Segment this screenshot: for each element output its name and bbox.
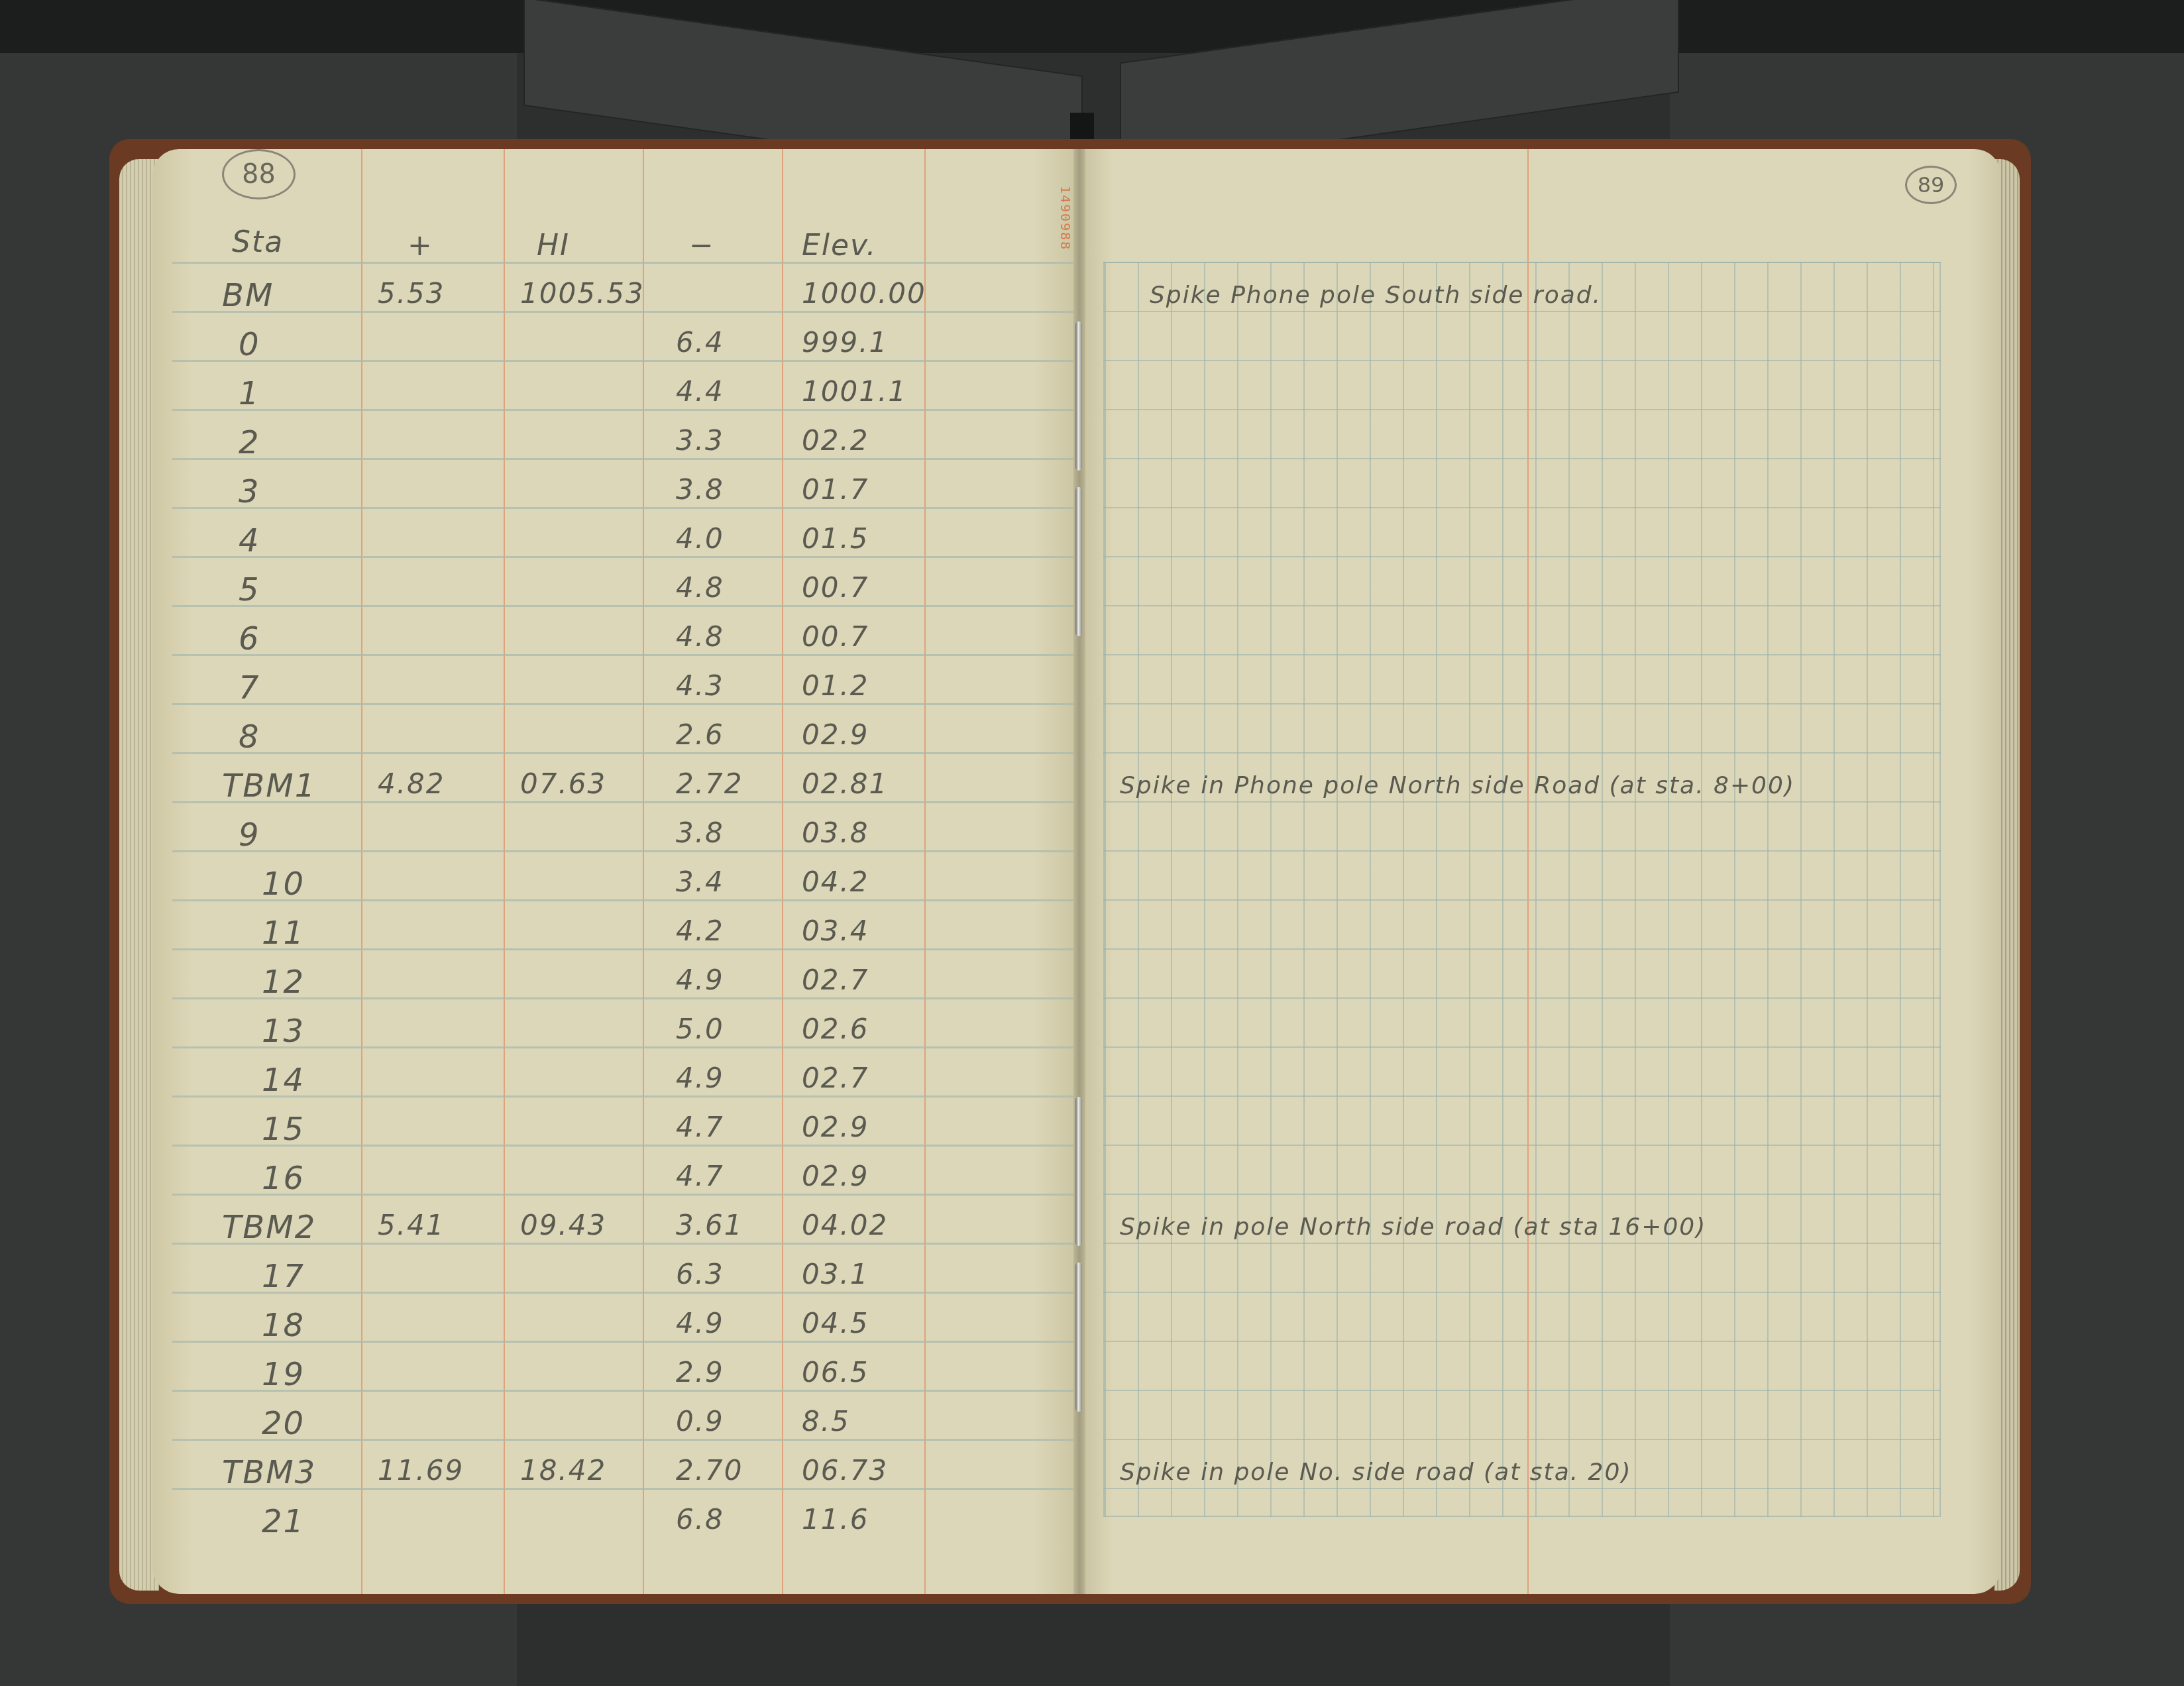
row-rule xyxy=(172,1439,1073,1441)
cell-minus: 4.2 xyxy=(676,915,724,947)
cell-sta: 14 xyxy=(262,1062,305,1099)
row-rule xyxy=(172,1145,1073,1147)
cell-plus: 5.41 xyxy=(378,1209,445,1241)
staple-4 xyxy=(1075,1263,1082,1412)
header-hi: HI xyxy=(537,229,570,262)
row-rule xyxy=(172,703,1073,705)
cell-minus: 4.9 xyxy=(676,1307,724,1339)
cell-sta: 2 xyxy=(239,424,260,461)
cell-minus: 4.9 xyxy=(676,1062,724,1094)
page-number-left-text: 88 xyxy=(242,159,276,190)
cell-elev: 02.9 xyxy=(802,1111,869,1143)
cell-sta: 11 xyxy=(262,915,305,952)
row-rule xyxy=(172,1096,1073,1097)
cell-minus: 6.3 xyxy=(676,1258,724,1290)
cell-sta: 4 xyxy=(239,522,260,559)
row-rule xyxy=(172,850,1073,852)
page-number-left: 88 xyxy=(222,149,296,199)
background-top-bar xyxy=(0,0,2184,53)
cell-hi: 09.43 xyxy=(520,1209,606,1241)
cell-elev: 01.5 xyxy=(802,522,869,555)
cell-elev: 02.9 xyxy=(802,718,869,751)
page-number-right: 89 xyxy=(1905,166,1957,204)
cell-sta: BM xyxy=(222,277,274,314)
cell-minus: 6.4 xyxy=(676,326,724,359)
staple-2 xyxy=(1075,487,1082,636)
cell-sta: 21 xyxy=(262,1503,305,1540)
row-rule xyxy=(172,262,1073,264)
cell-minus: 6.8 xyxy=(676,1503,724,1536)
cell-sta: 17 xyxy=(262,1258,305,1295)
row-rule xyxy=(172,899,1073,901)
cell-elev: 02.7 xyxy=(802,964,869,996)
survey-note: Spike in pole North side road (at sta 16… xyxy=(1120,1213,1706,1241)
cell-plus: 5.53 xyxy=(378,277,445,309)
row-rule xyxy=(172,1390,1073,1392)
cell-minus: 3.8 xyxy=(676,473,724,506)
cell-elev: 06.73 xyxy=(802,1454,888,1487)
cell-elev: 02.81 xyxy=(802,767,888,800)
cell-minus: 4.0 xyxy=(676,522,724,555)
row-rule xyxy=(172,1046,1073,1048)
cell-sta: 0 xyxy=(239,326,260,363)
cell-elev: 04.5 xyxy=(802,1307,869,1339)
cell-elev: 01.7 xyxy=(802,473,869,506)
header-elev: Elev. xyxy=(802,229,877,262)
cell-elev: 00.7 xyxy=(802,571,869,604)
cell-elev: 04.2 xyxy=(802,866,869,898)
cell-elev: 1000.00 xyxy=(802,277,926,309)
cell-sta: TBM1 xyxy=(222,767,316,805)
row-rule xyxy=(172,360,1073,362)
cell-sta: 1 xyxy=(239,375,260,412)
cell-minus: 4.8 xyxy=(676,571,724,604)
cell-elev: 1001.1 xyxy=(802,375,907,408)
cell-sta: 10 xyxy=(262,866,305,903)
cell-elev: 02.7 xyxy=(802,1062,869,1094)
cell-elev: 03.1 xyxy=(802,1258,869,1290)
cell-elev: 02.9 xyxy=(802,1160,869,1192)
row-rule xyxy=(172,556,1073,558)
cell-elev: 11.6 xyxy=(802,1503,869,1536)
page-number-right-text: 89 xyxy=(1918,172,1945,197)
cell-sta: 7 xyxy=(239,669,260,706)
column-rule-2 xyxy=(643,149,644,1594)
survey-note: Spike in Phone pole North side Road (at … xyxy=(1120,772,1795,799)
cell-minus: 4.4 xyxy=(676,375,724,408)
cell-elev: 02.6 xyxy=(802,1013,869,1045)
cell-minus: 4.7 xyxy=(676,1111,724,1143)
row-rule xyxy=(172,1292,1073,1294)
cell-elev: 04.02 xyxy=(802,1209,888,1241)
gutter-stamp: 1490988 xyxy=(1058,186,1073,251)
cell-elev: 01.2 xyxy=(802,669,869,702)
staple-1 xyxy=(1075,321,1082,471)
cell-hi: 18.42 xyxy=(520,1454,606,1487)
cell-sta: 16 xyxy=(262,1160,305,1197)
row-rule xyxy=(172,507,1073,509)
cell-minus: 5.0 xyxy=(676,1013,724,1045)
cell-elev: 03.4 xyxy=(802,915,869,947)
cell-sta: 5 xyxy=(239,571,260,608)
column-rule-1 xyxy=(504,149,505,1594)
row-rule xyxy=(172,997,1073,999)
header-plus: + xyxy=(408,229,433,262)
cell-sta: 6 xyxy=(239,620,260,657)
row-rule xyxy=(172,458,1073,460)
cell-minus: 2.72 xyxy=(676,767,743,800)
cell-elev: 03.8 xyxy=(802,816,869,849)
cell-sta: 13 xyxy=(262,1013,305,1050)
row-rule xyxy=(172,605,1073,607)
row-rule xyxy=(172,654,1073,656)
row-rule xyxy=(172,948,1073,950)
cell-sta: 12 xyxy=(262,964,305,1001)
staple-3 xyxy=(1075,1097,1082,1246)
cell-minus: 3.8 xyxy=(676,816,724,849)
cell-minus: 0.9 xyxy=(676,1405,724,1437)
cell-sta: 18 xyxy=(262,1307,305,1344)
row-rule xyxy=(172,752,1073,754)
cell-hi: 07.63 xyxy=(520,767,606,800)
cell-minus: 3.4 xyxy=(676,866,724,898)
header-minus: − xyxy=(689,229,715,262)
survey-note: Spike in pole No. side road (at sta. 20) xyxy=(1120,1459,1631,1486)
cell-minus: 2.6 xyxy=(676,718,724,751)
survey-note: Spike Phone pole South side road. xyxy=(1150,282,1602,309)
cell-minus: 2.9 xyxy=(676,1356,724,1388)
cell-sta: 20 xyxy=(262,1405,305,1442)
cell-sta: 8 xyxy=(239,718,260,756)
cell-sta: 15 xyxy=(262,1111,305,1148)
cell-minus: 4.8 xyxy=(676,620,724,653)
cell-elev: 02.2 xyxy=(802,424,869,457)
cell-elev: 8.5 xyxy=(802,1405,850,1437)
cell-elev: 00.7 xyxy=(802,620,869,653)
cell-minus: 2.70 xyxy=(676,1454,743,1487)
cell-minus: 4.7 xyxy=(676,1160,724,1192)
column-rule-3 xyxy=(782,149,783,1594)
row-rule xyxy=(172,1194,1073,1196)
cell-minus: 3.3 xyxy=(676,424,724,457)
column-rule-0 xyxy=(361,149,362,1594)
cell-sta: 9 xyxy=(239,816,260,854)
cell-sta: 3 xyxy=(239,473,260,510)
cell-sta: 19 xyxy=(262,1356,305,1393)
right-page-grid xyxy=(1103,262,1941,1517)
cell-sta: TBM2 xyxy=(222,1209,316,1246)
cell-elev: 06.5 xyxy=(802,1356,869,1388)
cell-minus: 4.9 xyxy=(676,964,724,996)
cell-elev: 999.1 xyxy=(802,326,888,359)
right-page-orange-rule xyxy=(1527,149,1529,1594)
cell-hi: 1005.53 xyxy=(520,277,645,309)
row-rule xyxy=(172,311,1073,313)
cell-minus: 3.61 xyxy=(676,1209,743,1241)
column-rule-4 xyxy=(924,149,926,1594)
cell-plus: 4.82 xyxy=(378,767,445,800)
cell-minus: 4.3 xyxy=(676,669,724,702)
row-rule xyxy=(172,1341,1073,1343)
header-sta: Sta xyxy=(232,225,284,259)
row-rule xyxy=(172,409,1073,411)
cell-plus: 11.69 xyxy=(378,1454,464,1487)
cell-sta: TBM3 xyxy=(222,1454,316,1491)
